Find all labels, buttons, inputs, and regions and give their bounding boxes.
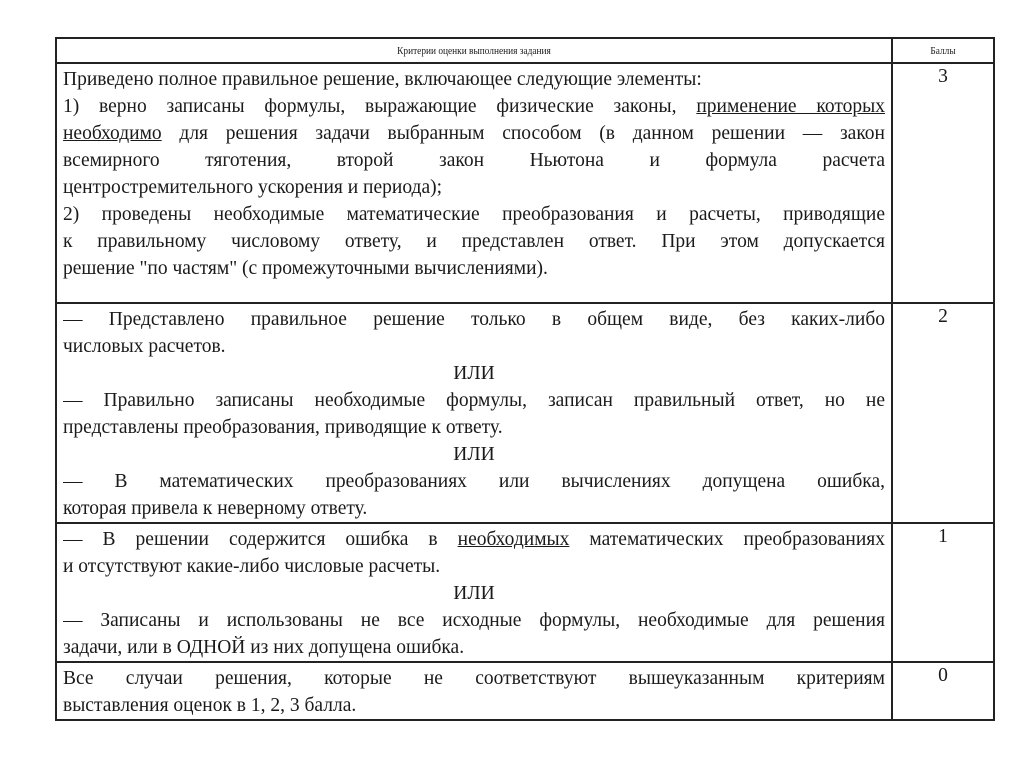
text-fragment: — В решении содержится ошибка в [63,529,458,550]
text-fragment: Приведено полное правильное решение, вкл… [63,69,702,90]
criteria-text-line: — Правильно записаны необходимые формулы… [63,387,885,414]
score-cell: 0 [892,662,994,720]
criteria-text-line: Приведено полное правильное решение, вкл… [63,66,885,93]
text-fragment: — Записаны и использованы не все исходны… [63,610,885,631]
text-fragment: Все случаи решения, которые не соответст… [63,668,885,689]
text-fragment: для решения задачи выбранным способом (в… [162,123,885,144]
criteria-text-line: необходимо для решения задачи выбранным … [63,120,885,147]
emphasized-text: применение которых [696,96,885,117]
or-separator: ИЛИ [63,580,885,607]
text-fragment: выставления оценок в 1, 2, 3 балла. [63,695,356,716]
criteria-text-line: всемирного тяготения, второй закон Ньюто… [63,147,885,174]
or-separator: ИЛИ [63,360,885,387]
text-fragment: числовых расчетов. [63,336,226,357]
criteria-cell: Все случаи решения, которые не соответст… [56,662,892,720]
text-fragment: которая привела к неверному ответу. [63,498,367,519]
text-fragment: 1) верно записаны формулы, выражающие фи… [63,96,696,117]
text-fragment: 2) проведены необходимые математические … [63,204,885,225]
text-fragment: всемирного тяготения, второй закон Ньюто… [63,150,885,171]
table-row: — В решении содержится ошибка в необходи… [56,523,994,662]
criteria-cell: Приведено полное правильное решение, вкл… [56,63,892,303]
table-row: — Представлено правильное решение только… [56,303,994,523]
text-fragment: решение "по частям" (с промежуточными вы… [63,258,548,279]
score-cell: 2 [892,303,994,523]
table-row: Все случаи решения, которые не соответст… [56,662,994,720]
text-fragment: и отсутствуют какие-либо числовые расчет… [63,556,440,577]
text-fragment: — Представлено правильное решение только… [63,309,885,330]
criteria-text-line: центростремительного ускорения и периода… [63,174,885,201]
text-fragment: математических преобразованиях [569,529,885,550]
criteria-cell: — В решении содержится ошибка в необходи… [56,523,892,662]
text-fragment: к правильному числовому ответу, и предст… [63,231,885,252]
criteria-text-line: задачи, или в ОДНОЙ из них допущена ошиб… [63,634,885,661]
table-header-row: Критерии оценки выполнения задания Баллы [56,38,994,63]
criteria-text-line: — В решении содержится ошибка в необходи… [63,526,885,553]
criteria-text-line: числовых расчетов. [63,333,885,360]
score-cell: 3 [892,63,994,303]
text-fragment: центростремительного ускорения и периода… [63,177,442,198]
criteria-cell: — Представлено правильное решение только… [56,303,892,523]
criteria-text-line: к правильному числовому ответу, и предст… [63,228,885,255]
emphasized-text: необходимо [63,123,162,144]
score-cell: 1 [892,523,994,662]
criteria-text-line: — В математических преобразованиях или в… [63,468,885,495]
criteria-text-line: — Записаны и использованы не все исходны… [63,607,885,634]
criteria-text-line: выставления оценок в 1, 2, 3 балла. [63,692,885,719]
criteria-text-line: 1) верно записаны формулы, выражающие фи… [63,93,885,120]
text-fragment: представлены преобразования, приводящие … [63,417,503,438]
criteria-text-line: и отсутствуют какие-либо числовые расчет… [63,553,885,580]
criteria-text-line: — Представлено правильное решение только… [63,306,885,333]
table-row: Приведено полное правильное решение, вкл… [56,63,994,303]
emphasized-text: необходимых [458,529,570,550]
criteria-column-header: Критерии оценки выполнения задания [119,38,830,63]
or-separator: ИЛИ [63,441,885,468]
criteria-text-line: Все случаи решения, которые не соответст… [63,665,885,692]
criteria-text-line: решение "по частям" (с промежуточными вы… [63,255,885,282]
criteria-text-line: которая привела к неверному ответу. [63,495,885,522]
criteria-text-line: представлены преобразования, приводящие … [63,414,885,441]
grading-criteria-table: Критерии оценки выполнения задания Баллы… [55,37,995,721]
text-fragment: — Правильно записаны необходимые формулы… [63,390,885,411]
text-fragment: — В математических преобразованиях или в… [63,471,885,492]
score-column-header: Баллы [900,38,987,63]
text-fragment: задачи, или в ОДНОЙ из них допущена ошиб… [63,637,464,658]
criteria-text-line: 2) проведены необходимые математические … [63,201,885,228]
